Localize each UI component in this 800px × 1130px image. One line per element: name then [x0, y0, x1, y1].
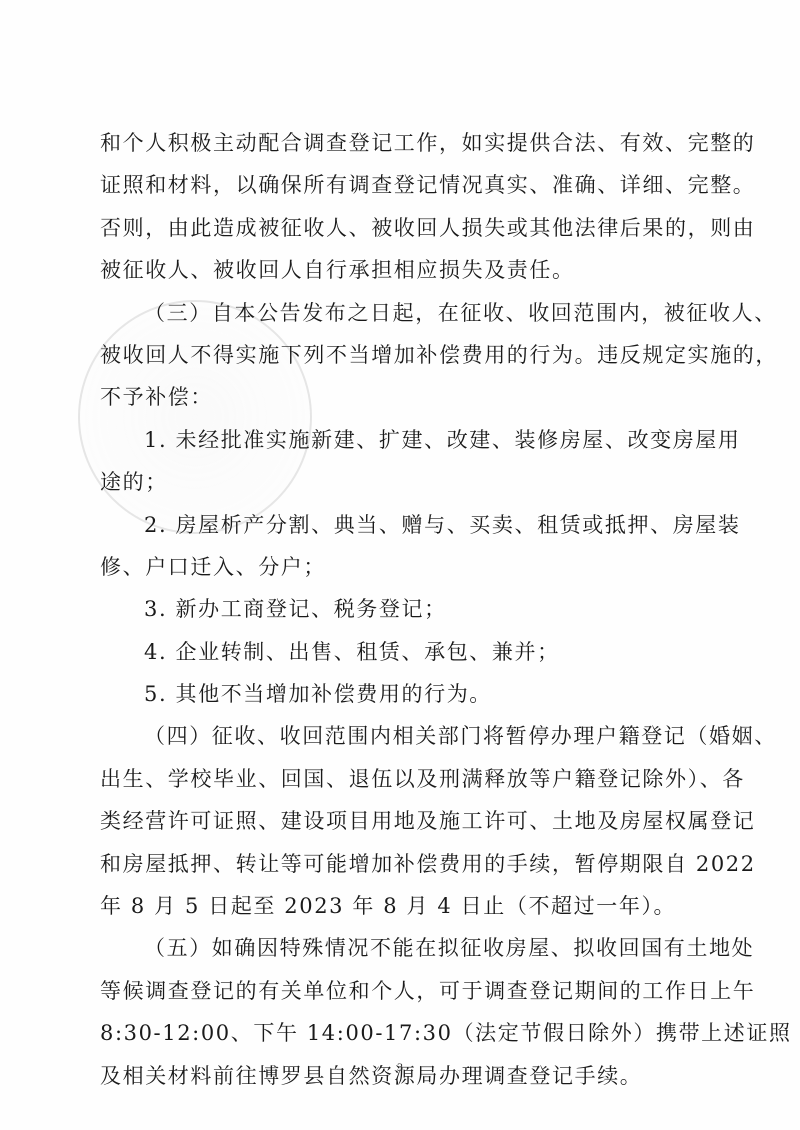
list-item-4: 4. 企业转制、出售、租赁、承包、兼并；	[100, 631, 720, 673]
text-line: 等候调查登记的有关单位和个人，可于调查登记期间的工作日上午	[100, 970, 720, 1012]
list-item-1: 1. 未经批准实施新建、扩建、改建、装修房屋、改变房屋用	[100, 419, 720, 461]
text-line: 修、户口迁入、分户；	[100, 546, 720, 588]
text-line: 不予补偿：	[100, 376, 720, 418]
text-line: 否则，由此造成被征收人、被收回人损失或其他法律后果的，则由	[100, 207, 720, 249]
text-line: 和房屋抵押、转让等可能增加补偿费用的手续，暂停期限自 2022	[100, 843, 720, 885]
text-line: 途的；	[100, 461, 720, 503]
list-item-5: 5. 其他不当增加补偿费用的行为。	[100, 673, 720, 715]
text-line: 年 8 月 5 日起至 2023 年 8 月 4 日止（不超过一年）。	[100, 885, 720, 927]
list-item-2: 2. 房屋析产分割、典当、赠与、买卖、租赁或抵押、房屋装	[100, 504, 720, 546]
text-line: 被征收人、被收回人自行承担相应损失及责任。	[100, 249, 720, 291]
text-line: 和个人积极主动配合调查登记工作，如实提供合法、有效、完整的	[100, 122, 720, 164]
list-item-3: 3. 新办工商登记、税务登记；	[100, 588, 720, 630]
text-line: 类经营许可证照、建设项目用地及施工许可、土地及房屋权属登记	[100, 800, 720, 842]
section-3-heading-line: （三）自本公告发布之日起，在征收、收回范围内，被征收人、	[100, 292, 720, 334]
section-4-heading-line: （四）征收、收回范围内相关部门将暂停办理户籍登记（婚姻、	[100, 715, 720, 757]
section-5-heading-line: （五）如确因特殊情况不能在拟征收房屋、拟收回国有土地处	[100, 927, 720, 969]
text-line: 8:30-12:00、下午 14:00-17:30（法定节假日除外）携带上述证照	[100, 1012, 720, 1054]
text-line: 被收回人不得实施下列不当增加补偿费用的行为。违反规定实施的，	[100, 334, 720, 376]
text-line: 出生、学校毕业、回国、退伍以及刑满释放等户籍登记除外）、各	[100, 758, 720, 800]
text-line: 证照和材料，以确保所有调查登记情况真实、准确、详细、完整。	[100, 164, 720, 206]
document-page: 和个人积极主动配合调查登记工作，如实提供合法、有效、完整的 证照和材料，以确保所…	[0, 0, 800, 1130]
document-body: 和个人积极主动配合调查登记工作，如实提供合法、有效、完整的 证照和材料，以确保所…	[100, 122, 720, 1097]
page-number: 3	[0, 1060, 800, 1075]
